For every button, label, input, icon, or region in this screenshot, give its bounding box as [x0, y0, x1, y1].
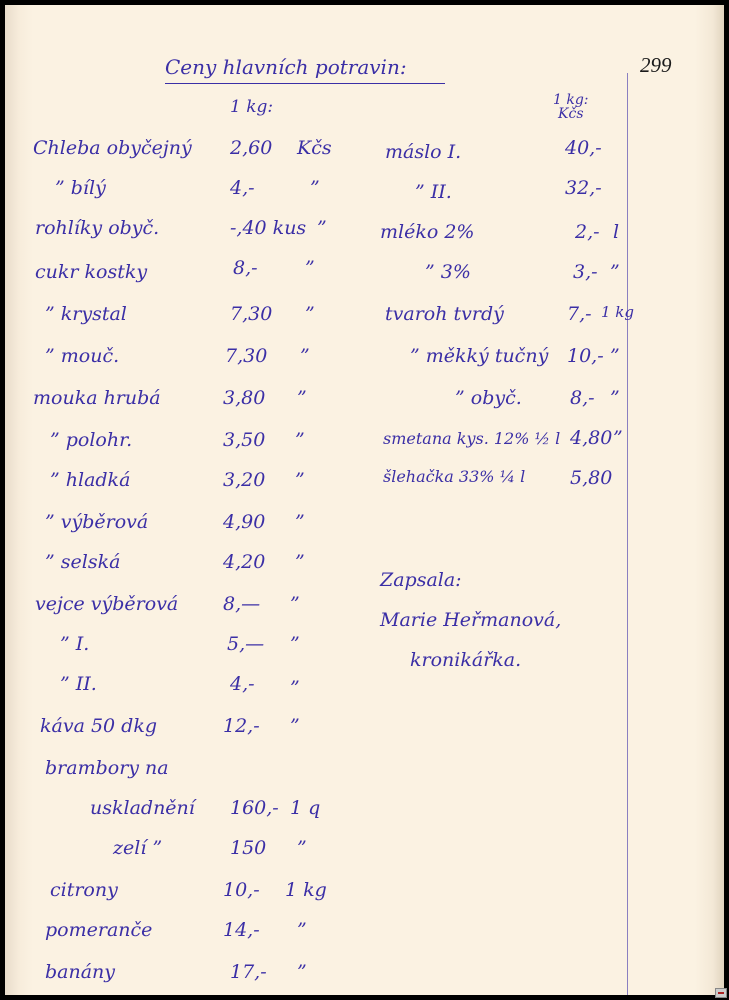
item-price: 5,— [227, 633, 264, 655]
item-price: 12,- [223, 715, 260, 737]
item-price: 40,- [565, 137, 602, 159]
item-name: banány [45, 961, 115, 983]
item-unit: 1 kg [285, 879, 327, 901]
item-name: ” bílý [55, 177, 106, 199]
item-unit: ” [290, 593, 300, 615]
item-unit: l [613, 221, 619, 243]
item-unit: ” [297, 919, 307, 941]
item-unit: ” [610, 387, 620, 409]
item-name: ” selská [45, 551, 120, 573]
item-price: 160,- [230, 797, 279, 819]
item-name: ” II. [415, 181, 452, 203]
item-price: 7,30 [225, 345, 267, 367]
item-unit: ” [613, 427, 623, 449]
item-price: 150 [230, 837, 266, 859]
item-unit: 1 kg [601, 303, 634, 321]
unit-header-right-line2: Kčs [553, 107, 589, 121]
item-unit: ” [305, 257, 315, 279]
item-name: ” II. [60, 673, 97, 695]
item-unit: ” [290, 633, 300, 655]
item-unit: ” [295, 511, 305, 533]
item-unit: ” [300, 345, 310, 367]
page-title: Ceny hlavních potravin: [165, 55, 445, 84]
item-unit: ” [610, 261, 620, 283]
viewer-corner-icon[interactable] [715, 988, 727, 998]
item-name: ” výběrová [45, 511, 148, 533]
item-price: 17,- [230, 961, 267, 983]
item-price: 8,— [223, 593, 260, 615]
unit-header-right: 1 kg: Kčs [553, 93, 589, 121]
item-name: brambory na [45, 757, 169, 779]
signature-role: kronikářka. [410, 649, 521, 671]
item-name: zelí ” [113, 837, 162, 859]
item-unit: 1 q [290, 797, 320, 819]
item-price: 8,- [233, 257, 258, 279]
item-name: smetana kys. 12% ½ l [383, 429, 560, 448]
item-name: cukr kostky [35, 261, 147, 283]
item-name: vejce výběrová [35, 593, 178, 615]
item-price: 7,- [567, 303, 592, 325]
item-price: 5,80 [570, 467, 612, 489]
item-unit: ” [290, 677, 300, 699]
item-price: 4,20 [223, 551, 265, 573]
item-unit: ” [610, 345, 620, 367]
item-price: 3,80 [223, 387, 265, 409]
item-name: ” obyč. [455, 387, 522, 409]
item-unit: ” [295, 469, 305, 491]
item-price: 4,80 [570, 427, 612, 449]
item-price: 4,- [230, 673, 255, 695]
margin-line [627, 73, 628, 995]
item-name: šlehačka 33% ¼ l [383, 467, 525, 486]
unit-header-right-line1: 1 kg: [553, 93, 589, 107]
page-number: 299 [640, 53, 672, 78]
item-unit: ” [305, 303, 315, 325]
signature-label: Zapsala: [380, 569, 462, 591]
item-price: 10,- [223, 879, 260, 901]
item-unit: ” [297, 961, 307, 983]
item-name: máslo I. [385, 141, 461, 163]
item-price: 8,- [570, 387, 595, 409]
item-price: 3,- [573, 261, 598, 283]
chronicle-page: 299 Ceny hlavních potravin: 1 kg: 1 kg: … [5, 5, 724, 995]
item-name: mouka hrubá [33, 387, 161, 409]
item-name: ” hladká [50, 469, 130, 491]
signature-name: Marie Heřmanová, [380, 609, 561, 631]
item-name: uskladnění [90, 797, 195, 819]
item-name: ” krystal [45, 303, 127, 325]
item-price: 3,50 [223, 429, 265, 451]
item-unit: ” [297, 387, 307, 409]
item-name: ” mouč. [45, 345, 119, 367]
item-unit: ” [310, 177, 320, 199]
item-name: Chleba obyčejný [33, 137, 192, 159]
item-name: mléko 2% [380, 221, 474, 243]
item-price: 14,- [223, 919, 260, 941]
item-price: 10,- [567, 345, 604, 367]
item-price: 2,- [575, 221, 600, 243]
item-name: tvaroh tvrdý [385, 303, 504, 325]
item-unit: ” [317, 217, 327, 239]
item-price: 32,- [565, 177, 602, 199]
item-unit: ” [295, 429, 305, 451]
item-unit: ” [290, 715, 300, 737]
item-unit: ” [295, 551, 305, 573]
item-unit: Kčs [297, 137, 332, 159]
item-name: káva 50 dkg [40, 715, 157, 737]
item-price: 3,20 [223, 469, 265, 491]
item-name: citrony [50, 879, 118, 901]
item-name: ” měkký tučný [410, 345, 548, 367]
item-name: rohlíky obyč. [35, 217, 159, 239]
item-name: pomeranče [45, 919, 152, 941]
item-price: 4,90 [223, 511, 265, 533]
item-name: ” polohr. [50, 429, 132, 451]
item-name: ” 3% [425, 261, 471, 283]
item-price: 2,60 [230, 137, 272, 159]
item-price: 7,30 [230, 303, 272, 325]
item-price: 4,- [230, 177, 255, 199]
unit-header-left: 1 kg: [230, 97, 273, 117]
item-price: -,40 kus [230, 217, 306, 239]
item-unit: ” [297, 837, 307, 859]
item-name: ” I. [60, 633, 89, 655]
